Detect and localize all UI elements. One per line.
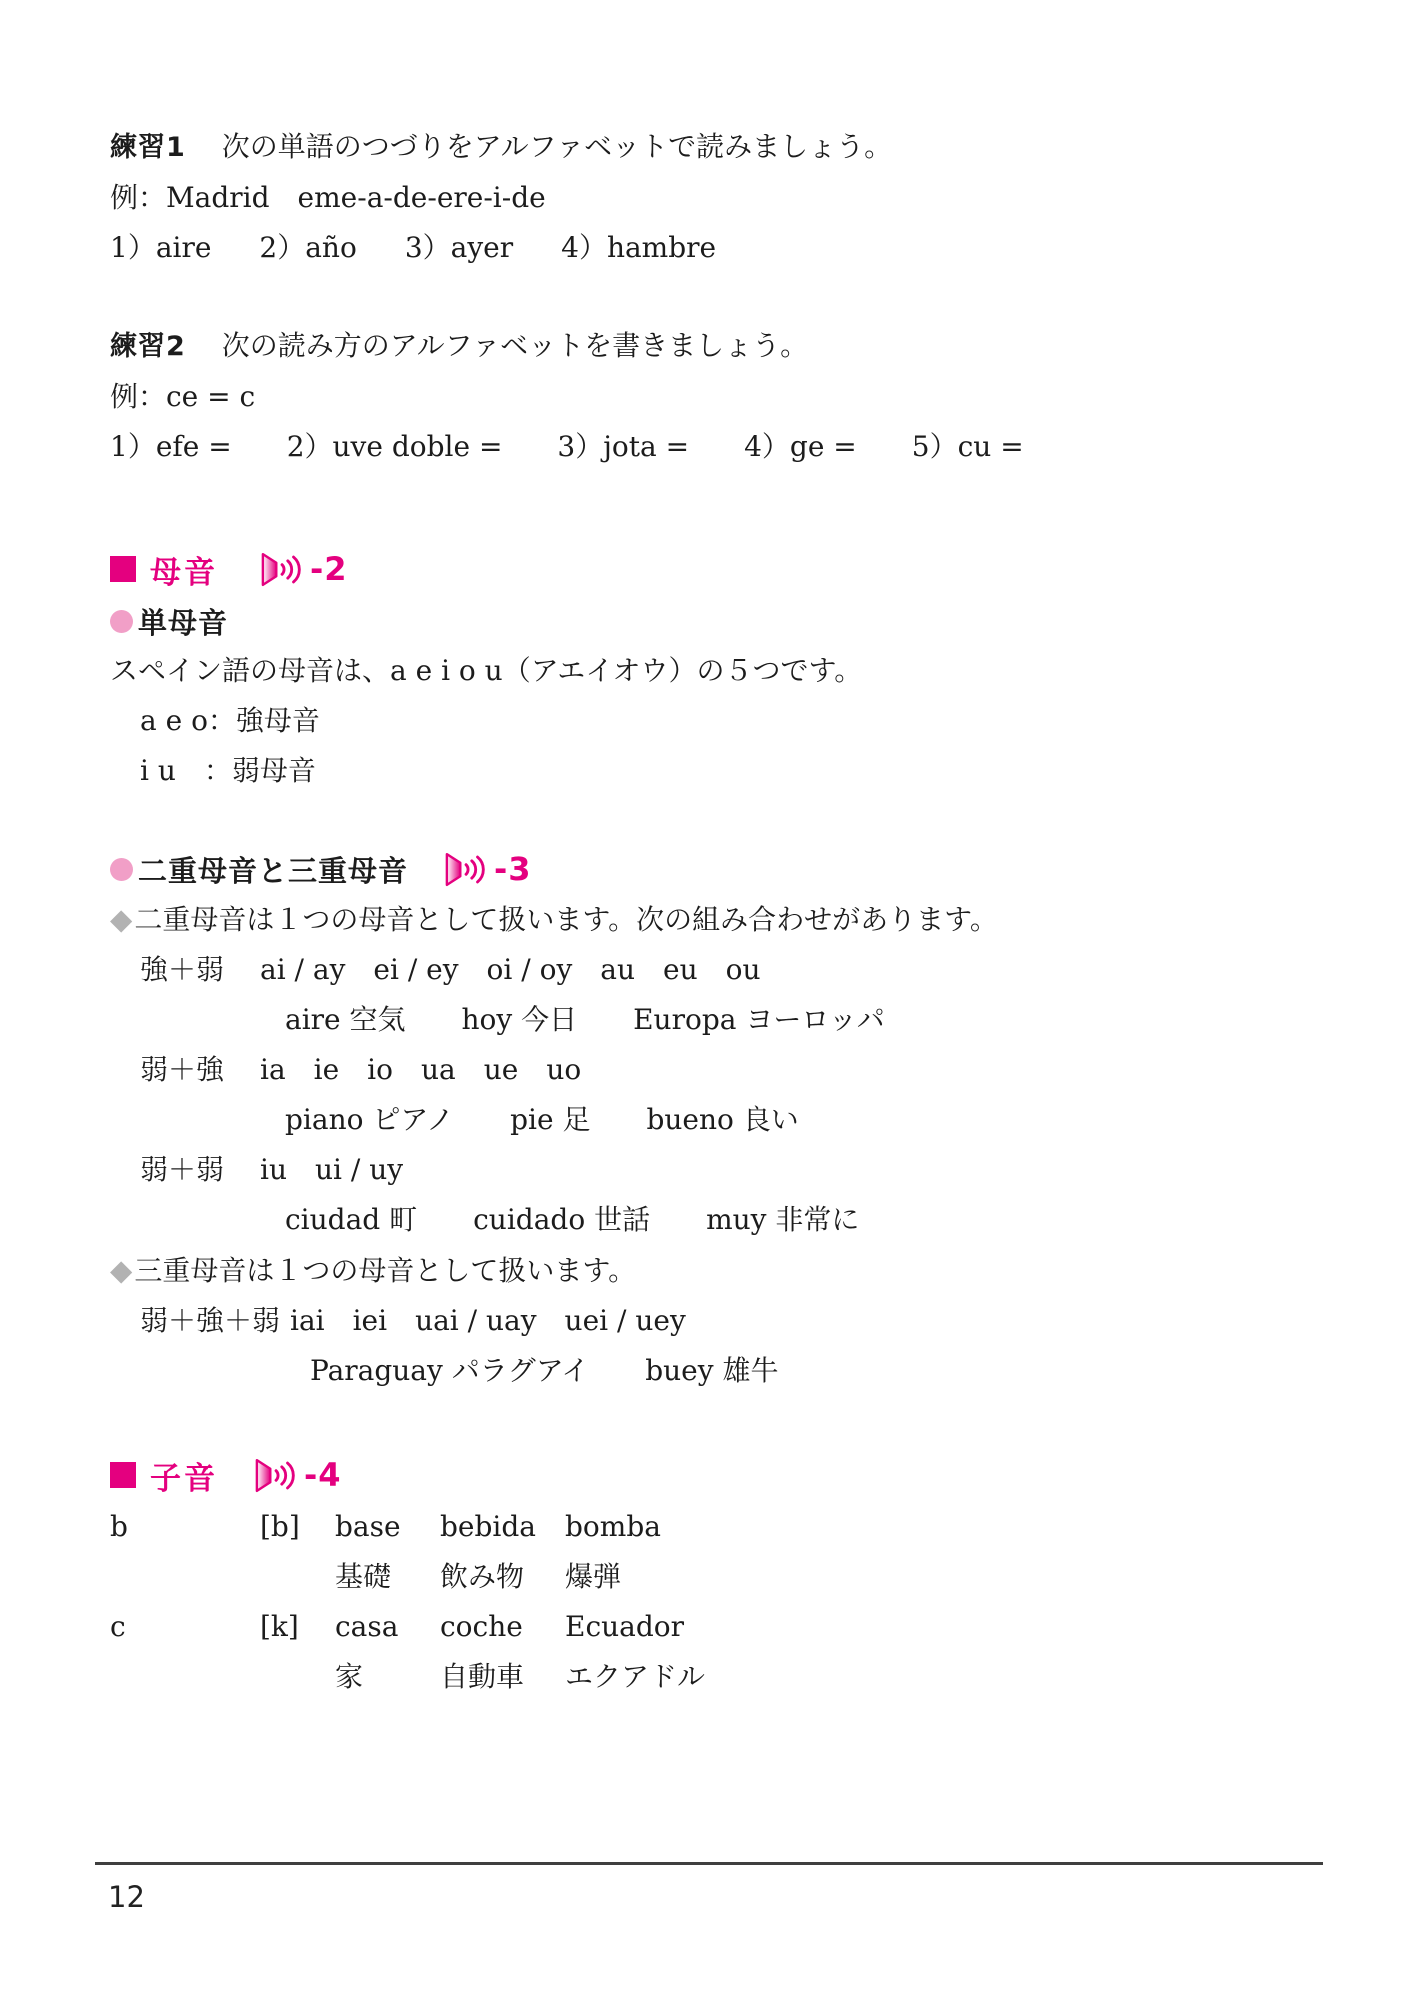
combo-values: ai / ay ei / ey oi / oy au eu ou: [260, 945, 761, 995]
combo-values: iai iei uai / uay uei / uey: [290, 1296, 686, 1346]
vowel-section-heading: 母音 -2: [110, 542, 1342, 596]
pink-circle-bullet: [110, 858, 133, 881]
exercise-1-item: 1）aire: [110, 223, 211, 273]
combo-values: iu ui / uy: [260, 1145, 403, 1195]
consonant-word: bebida: [440, 1502, 565, 1552]
consonant-gloss: 自動車: [440, 1652, 565, 1702]
consonant-ipa: [b]: [260, 1502, 335, 1552]
diamond-icon: ◆: [110, 1253, 132, 1287]
single-vowel-intro: スペイン語の母音は、a e i o u（アエイオウ）の５つです。: [110, 646, 1342, 696]
diphthong-examples: ciudad 町 cuidado 世話 muy 非常に: [110, 1195, 1342, 1245]
exercise-1-heading: 練習1 次の単語のつづりをアルファベットで読みましょう。: [110, 122, 1342, 173]
triphthong-examples: Paraguay パラグアイ buey 雄牛: [110, 1346, 1342, 1396]
exercise-2-example: 例：ce = c: [110, 372, 1342, 422]
diphthong-row: 弱＋弱 iu ui / uy: [110, 1145, 1342, 1195]
diphthong-heading: 二重母音と三重母音 -3: [110, 844, 1342, 894]
audio-track-4: -4: [254, 1456, 342, 1494]
exercise-2-items: 1）efe = 2）uve doble = 3）jota = 4）ge = 5）…: [110, 422, 1342, 472]
diphthong-row: 強＋弱 ai / ay ei / ey oi / oy au eu ou: [110, 945, 1342, 995]
consonant-word: casa: [335, 1602, 440, 1652]
combo-label: 弱＋強: [140, 1045, 260, 1095]
consonant-ipa: [k]: [260, 1602, 335, 1652]
speaker-icon: [444, 851, 490, 888]
consonant-word: Ecuador: [565, 1602, 1342, 1652]
combo-label: 強＋弱: [140, 945, 260, 995]
consonant-row: c [k] casa coche Ecuador: [110, 1602, 1342, 1652]
audio-track-3: -3: [444, 850, 532, 888]
consonant-gloss: 家: [335, 1652, 440, 1702]
exercise-1-item: 3）ayer: [405, 223, 513, 273]
exercise-1-example: 例：Madrid eme-a-de-ere-i-de: [110, 173, 1342, 223]
exercise-2-item: 3）jota =: [557, 422, 689, 472]
exercise-1-items: 1）aire 2）año 3）ayer 4）hambre: [110, 223, 1342, 273]
exercise-1-label: 練習1: [110, 123, 186, 173]
audio-track-number: -4: [304, 1456, 342, 1494]
textbook-page: 練習1 次の単語のつづりをアルファベットで読みましょう。 例：Madrid em…: [0, 0, 1412, 2000]
diamond-icon: ◆: [110, 902, 132, 936]
magenta-square-bullet: [110, 1462, 136, 1488]
speaker-icon: [254, 1457, 300, 1494]
consonant-gloss: 爆弾: [565, 1552, 1342, 1602]
pink-circle-bullet: [110, 610, 133, 633]
diphthong-note: ◆二重母音は１つの母音として扱います。次の組み合わせがあります。: [110, 894, 1342, 945]
audio-track-number: -2: [310, 550, 348, 588]
exercise-2-title: 次の読み方のアルファベットを書きましょう。: [222, 321, 808, 371]
consonant-letter: b: [110, 1502, 260, 1552]
page-number: 12: [108, 1880, 145, 1914]
consonant-word: coche: [440, 1602, 565, 1652]
diphthong-row: 弱＋強 ia ie io ua ue uo: [110, 1045, 1342, 1095]
triphthong-note: ◆三重母音は１つの母音として扱います。: [110, 1245, 1342, 1296]
audio-track-number: -3: [494, 850, 532, 888]
magenta-square-bullet: [110, 556, 136, 582]
combo-label: 弱＋強＋弱: [140, 1296, 290, 1346]
consonant-section-title: 子音: [150, 1453, 218, 1498]
consonant-gloss: エクアドル: [565, 1652, 1342, 1702]
single-vowel-heading: 単母音: [110, 596, 1342, 646]
exercise-1-item: 2）año: [259, 223, 356, 273]
consonant-letter: c: [110, 1602, 260, 1652]
weak-vowel-line: i u ：弱母音: [110, 746, 1342, 796]
vowel-section-title: 母音: [150, 547, 218, 592]
exercise-2-label: 練習2: [110, 322, 186, 372]
consonant-gloss-row: 基礎 飲み物 爆弾: [110, 1552, 1342, 1602]
consonant-gloss: 飲み物: [440, 1552, 565, 1602]
footer-rule: [95, 1862, 1323, 1865]
triphthong-row: 弱＋強＋弱 iai iei uai / uay uei / uey: [110, 1296, 1342, 1346]
exercise-2-item: 5）cu =: [912, 422, 1024, 472]
diphthong-note-text: 二重母音は１つの母音として扱います。次の組み合わせがあります。: [134, 903, 998, 936]
consonant-gloss: 基礎: [335, 1552, 440, 1602]
consonant-word: base: [335, 1502, 440, 1552]
page-content: 練習1 次の単語のつづりをアルファベットで読みましょう。 例：Madrid em…: [0, 0, 1412, 1702]
exercise-2-item: 1）efe =: [110, 422, 232, 472]
consonant-section-heading: 子音 -4: [110, 1448, 1342, 1502]
exercise-1-item: 4）hambre: [561, 223, 716, 273]
exercise-2-item: 2）uve doble =: [287, 422, 503, 472]
combo-values: ia ie io ua ue uo: [260, 1045, 581, 1095]
exercise-2-heading: 練習2 次の読み方のアルファベットを書きましょう。: [110, 321, 1342, 372]
diphthong-examples: piano ピアノ pie 足 bueno 良い: [110, 1095, 1342, 1145]
single-vowel-title: 単母音: [138, 601, 228, 642]
consonant-gloss-row: 家 自動車 エクアドル: [110, 1652, 1342, 1702]
consonant-word: bomba: [565, 1502, 1342, 1552]
exercise-1-title: 次の単語のつづりをアルファベットで読みましょう。: [222, 122, 892, 172]
triphthong-note-text: 三重母音は１つの母音として扱います。: [134, 1254, 636, 1287]
diphthong-examples: aire 空気 hoy 今日 Europa ヨーロッパ: [110, 995, 1342, 1045]
exercise-2-item: 4）ge =: [744, 422, 857, 472]
combo-label: 弱＋弱: [140, 1145, 260, 1195]
speaker-icon: [260, 551, 306, 588]
strong-vowel-line: a e o：強母音: [110, 696, 1342, 746]
diphthong-title: 二重母音と三重母音: [138, 849, 408, 890]
consonant-row: b [b] base bebida bomba: [110, 1502, 1342, 1552]
audio-track-2: -2: [260, 550, 348, 588]
